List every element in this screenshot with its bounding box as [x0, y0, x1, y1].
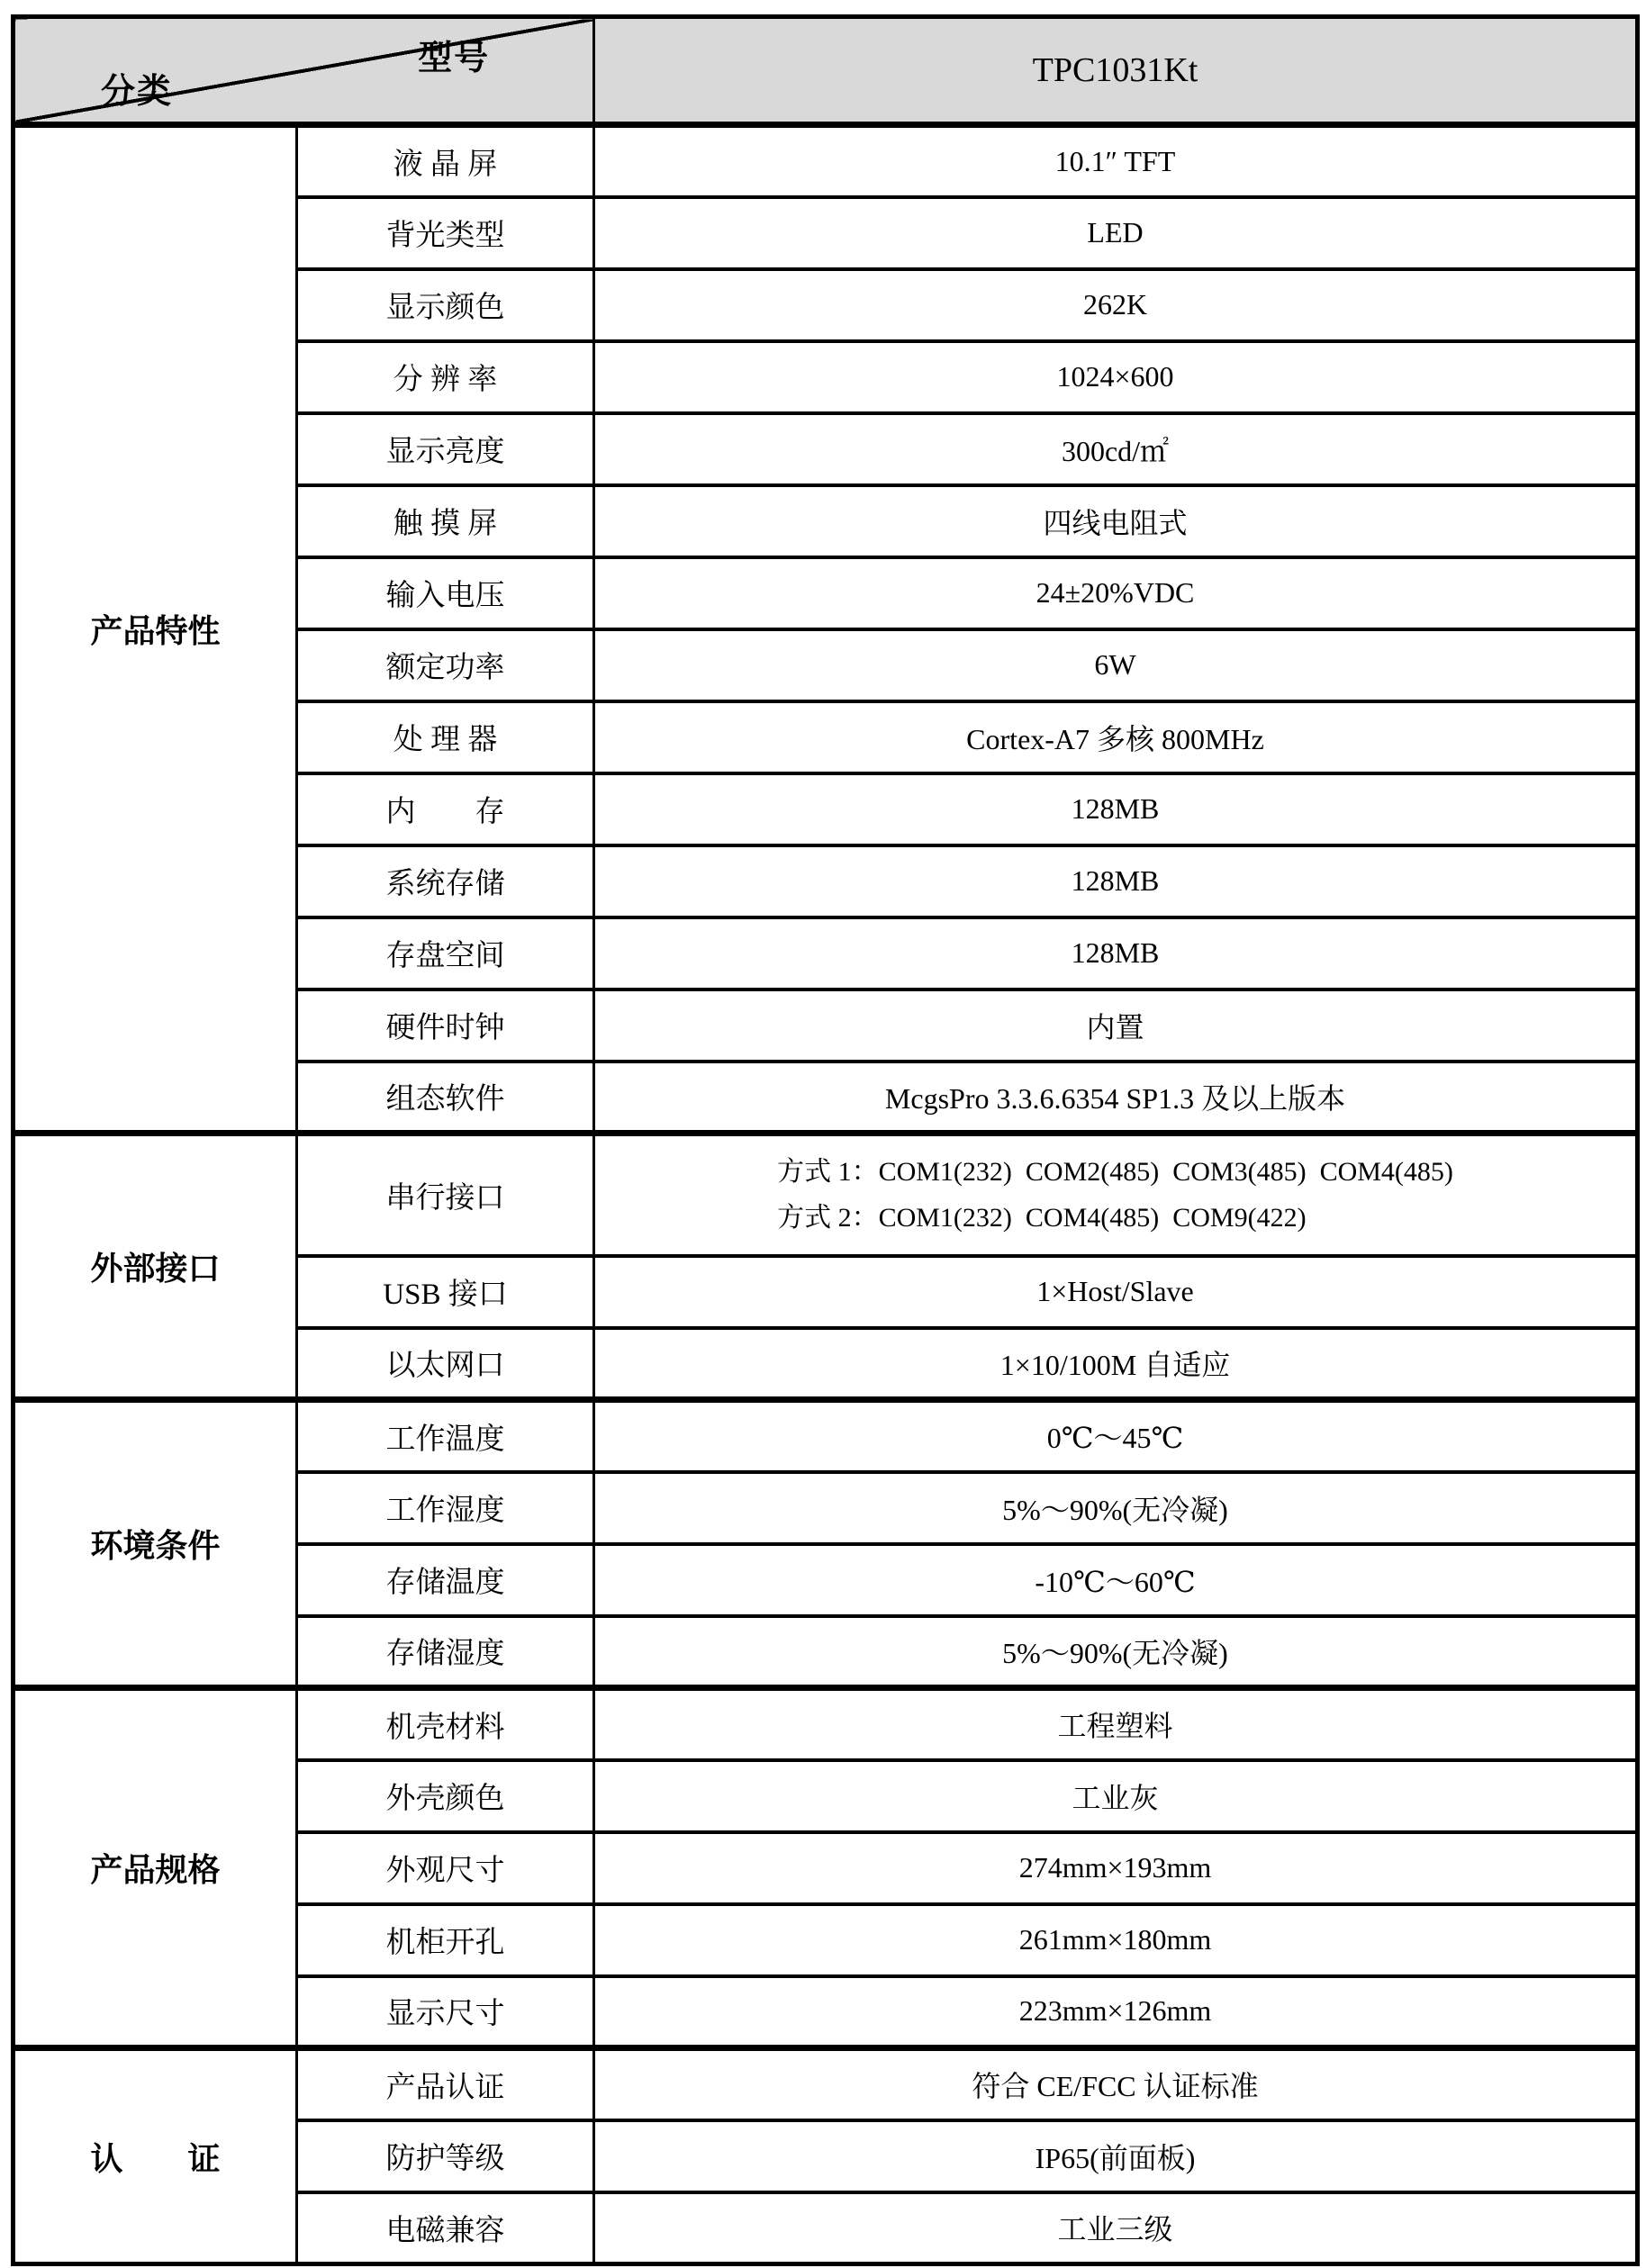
header-diagonal-cell: 型号 分类	[14, 17, 594, 125]
serial-mode-line: 方式 1：COM1(232) COM2(485) COM3(485) COM4(…	[777, 1149, 1453, 1196]
spec-label-cell: 组态软件	[297, 1062, 594, 1134]
spec-label-cell: 触 摸 屏	[297, 485, 594, 557]
spec-value-cell: 5%～90%(无冷凝)	[594, 1472, 1638, 1544]
spec-value-cell: 300cd/㎡	[594, 413, 1638, 485]
spec-table-wrapper: 型号 分类 TPC1031Kt 产品特性液 晶 屏10.1″ TFT背光类型LE…	[0, 0, 1646, 2266]
model-header-label: 型号	[418, 30, 490, 79]
spec-label-cell: 电磁兼容	[297, 2192, 594, 2264]
spec-label-cell: 工作温度	[297, 1400, 594, 1472]
spec-label-cell: 分 辨 率	[297, 341, 594, 413]
spec-label-cell: 内 存	[297, 773, 594, 845]
table-row: 外部接口串行接口方式 1：COM1(232) COM2(485) COM3(48…	[14, 1134, 1638, 1256]
serial-port-modes: 方式 1：COM1(232) COM2(485) COM3(485) COM4(…	[777, 1149, 1453, 1242]
spec-label-cell: 存储湿度	[297, 1616, 594, 1688]
spec-value-cell: 1024×600	[594, 341, 1638, 413]
spec-label-cell: 系统存储	[297, 845, 594, 917]
spec-value-cell: 工业灰	[594, 1760, 1638, 1832]
spec-sheet-page: 型号 分类 TPC1031Kt 产品特性液 晶 屏10.1″ TFT背光类型LE…	[0, 0, 1646, 2268]
spec-label-cell: 存储温度	[297, 1544, 594, 1616]
spec-value-cell: 274mm×193mm	[594, 1832, 1638, 1904]
spec-label-cell: 显示尺寸	[297, 1976, 594, 2048]
spec-value-cell: IP65(前面板)	[594, 2120, 1638, 2192]
spec-value-cell: 四线电阻式	[594, 485, 1638, 557]
spec-label-cell: 外观尺寸	[297, 1832, 594, 1904]
spec-label-cell: 外壳颜色	[297, 1760, 594, 1832]
spec-value-cell: 6W	[594, 629, 1638, 701]
spec-label-cell: 机柜开孔	[297, 1904, 594, 1976]
spec-value-cell: 5%～90%(无冷凝)	[594, 1616, 1638, 1688]
spec-label-cell: 以太网口	[297, 1328, 594, 1400]
spec-value-cell: 1×Host/Slave	[594, 1256, 1638, 1328]
spec-label-cell: 串行接口	[297, 1134, 594, 1256]
section-cell: 认 证	[14, 2048, 297, 2264]
spec-value-cell: 128MB	[594, 773, 1638, 845]
spec-label-cell: 液 晶 屏	[297, 125, 594, 197]
section-cell: 产品规格	[14, 1688, 297, 2048]
table-row: 产品规格机壳材料工程塑料	[14, 1688, 1638, 1760]
header-row: 型号 分类 TPC1031Kt	[14, 17, 1638, 125]
spec-value-cell: LED	[594, 197, 1638, 269]
table-row: 环境条件工作温度0℃～45℃	[14, 1400, 1638, 1472]
spec-value-cell: 223mm×126mm	[594, 1976, 1638, 2048]
spec-label-cell: 处 理 器	[297, 701, 594, 773]
spec-label-cell: 硬件时钟	[297, 989, 594, 1062]
spec-value-cell: 128MB	[594, 917, 1638, 989]
spec-label-cell: 显示亮度	[297, 413, 594, 485]
spec-value-cell: -10℃～60℃	[594, 1544, 1638, 1616]
spec-value-cell: 261mm×180mm	[594, 1904, 1638, 1976]
spec-label-cell: USB 接口	[297, 1256, 594, 1328]
spec-label-cell: 输入电压	[297, 557, 594, 629]
spec-label-cell: 防护等级	[297, 2120, 594, 2192]
spec-label-cell: 机壳材料	[297, 1688, 594, 1760]
spec-value-cell: 符合 CE/FCC 认证标准	[594, 2048, 1638, 2120]
spec-label-cell: 额定功率	[297, 629, 594, 701]
spec-value-cell: 262K	[594, 269, 1638, 341]
spec-value-cell: Cortex-A7 多核 800MHz	[594, 701, 1638, 773]
serial-mode-line: 方式 2：COM1(232) COM4(485) COM9(422)	[777, 1195, 1453, 1242]
spec-table: 型号 分类 TPC1031Kt 产品特性液 晶 屏10.1″ TFT背光类型LE…	[11, 14, 1640, 2266]
spec-label-cell: 显示颜色	[297, 269, 594, 341]
table-row: 认 证产品认证符合 CE/FCC 认证标准	[14, 2048, 1638, 2120]
spec-label-cell: 产品认证	[297, 2048, 594, 2120]
section-cell: 外部接口	[14, 1134, 297, 1400]
spec-label-cell: 存盘空间	[297, 917, 594, 989]
spec-value-cell: 0℃～45℃	[594, 1400, 1638, 1472]
spec-label-cell: 背光类型	[297, 197, 594, 269]
section-cell: 产品特性	[14, 125, 297, 1134]
table-row: 产品特性液 晶 屏10.1″ TFT	[14, 125, 1638, 197]
model-value-cell: TPC1031Kt	[594, 17, 1638, 125]
spec-value-cell: 方式 1：COM1(232) COM2(485) COM3(485) COM4(…	[594, 1134, 1638, 1256]
spec-value-cell: McgsPro 3.3.6.6354 SP1.3 及以上版本	[594, 1062, 1638, 1134]
spec-value-cell: 1×10/100M 自适应	[594, 1328, 1638, 1400]
spec-value-cell: 128MB	[594, 845, 1638, 917]
spec-value-cell: 工程塑料	[594, 1688, 1638, 1760]
category-header-label: 分类	[101, 63, 173, 113]
spec-value-cell: 24±20%VDC	[594, 557, 1638, 629]
spec-value-cell: 工业三级	[594, 2192, 1638, 2264]
section-cell: 环境条件	[14, 1400, 297, 1688]
spec-label-cell: 工作湿度	[297, 1472, 594, 1544]
spec-value-cell: 10.1″ TFT	[594, 125, 1638, 197]
spec-value-cell: 内置	[594, 989, 1638, 1062]
